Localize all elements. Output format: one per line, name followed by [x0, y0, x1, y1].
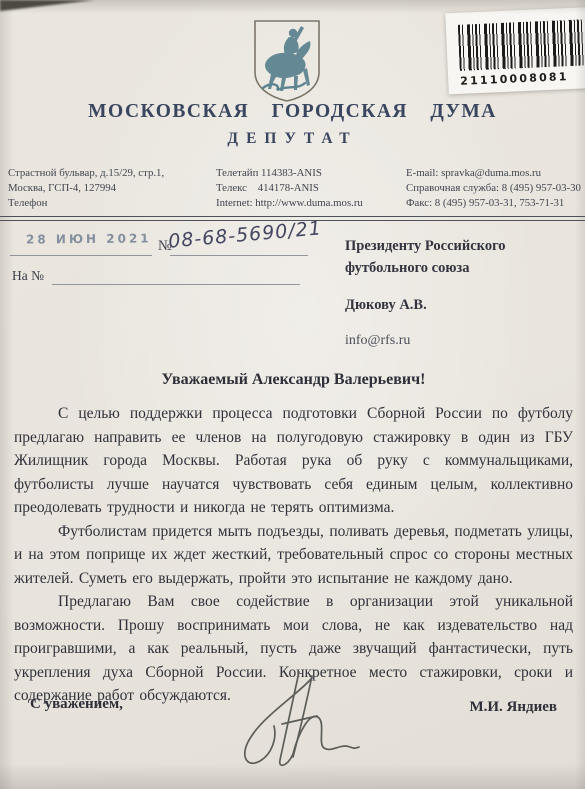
recipient-email: info@rfs.ru — [345, 333, 573, 349]
handwritten-outgoing-number: 08-68-5690/21 — [167, 217, 322, 252]
valediction: С уважением, — [30, 696, 123, 713]
contact-telecom: Телетайп 114383-ANIS Телекс 414178-ANIS … — [216, 166, 406, 211]
date-stamp: 28 ИЮН 2021 — [26, 231, 152, 246]
date-underline — [10, 255, 152, 256]
paragraph: Футболистам придется мыть подъезды, поли… — [14, 520, 573, 591]
letter-body: Уважаемый Александр Валерьевич! С целью … — [14, 371, 573, 708]
contact-info: Страстной бульвар, д.15/29, стр.1, Москв… — [8, 166, 583, 211]
contact-reference: E-mail: spravka@duma.mos.ru Справочная с… — [406, 166, 583, 211]
barcode-number: 21110008081 — [460, 69, 585, 88]
scanned-letter-page: 21110008081 МОСКОВСКАЯ ГОРОДСКАЯ ДУМА ДЕ… — [0, 0, 585, 789]
barcode-sticker: 21110008081 — [445, 7, 585, 95]
reference-block: 28 ИЮН 2021 № 08-68-5690/21 На № — [10, 226, 345, 296]
contact-address: Страстной бульвар, д.15/29, стр.1, Москв… — [8, 166, 216, 211]
recipient-block: Президенту Российского футбольного союза… — [345, 235, 573, 349]
reply-to-label: На № — [12, 268, 44, 284]
reply-underline — [52, 284, 300, 285]
barcode-icon — [458, 19, 585, 71]
photo-corner-shadow — [0, 0, 95, 11]
salutation: Уважаемый Александр Валерьевич! — [14, 371, 573, 389]
org-title: МОСКОВСКАЯ ГОРОДСКАЯ ДУМА — [0, 101, 585, 123]
recipient-title: Президенту Российского футбольного союза — [345, 235, 573, 280]
handwritten-signature — [222, 662, 362, 774]
signer-name: М.И. Яндиев — [469, 699, 557, 716]
recipient-name: Дюкову А.В. — [345, 297, 573, 314]
number-underline — [170, 255, 308, 256]
paragraph: С целью поддержки процесса подготовки Сб… — [14, 402, 573, 520]
moscow-coat-of-arms-icon — [249, 18, 325, 104]
org-subtitle: ДЕПУТАТ — [0, 130, 585, 148]
